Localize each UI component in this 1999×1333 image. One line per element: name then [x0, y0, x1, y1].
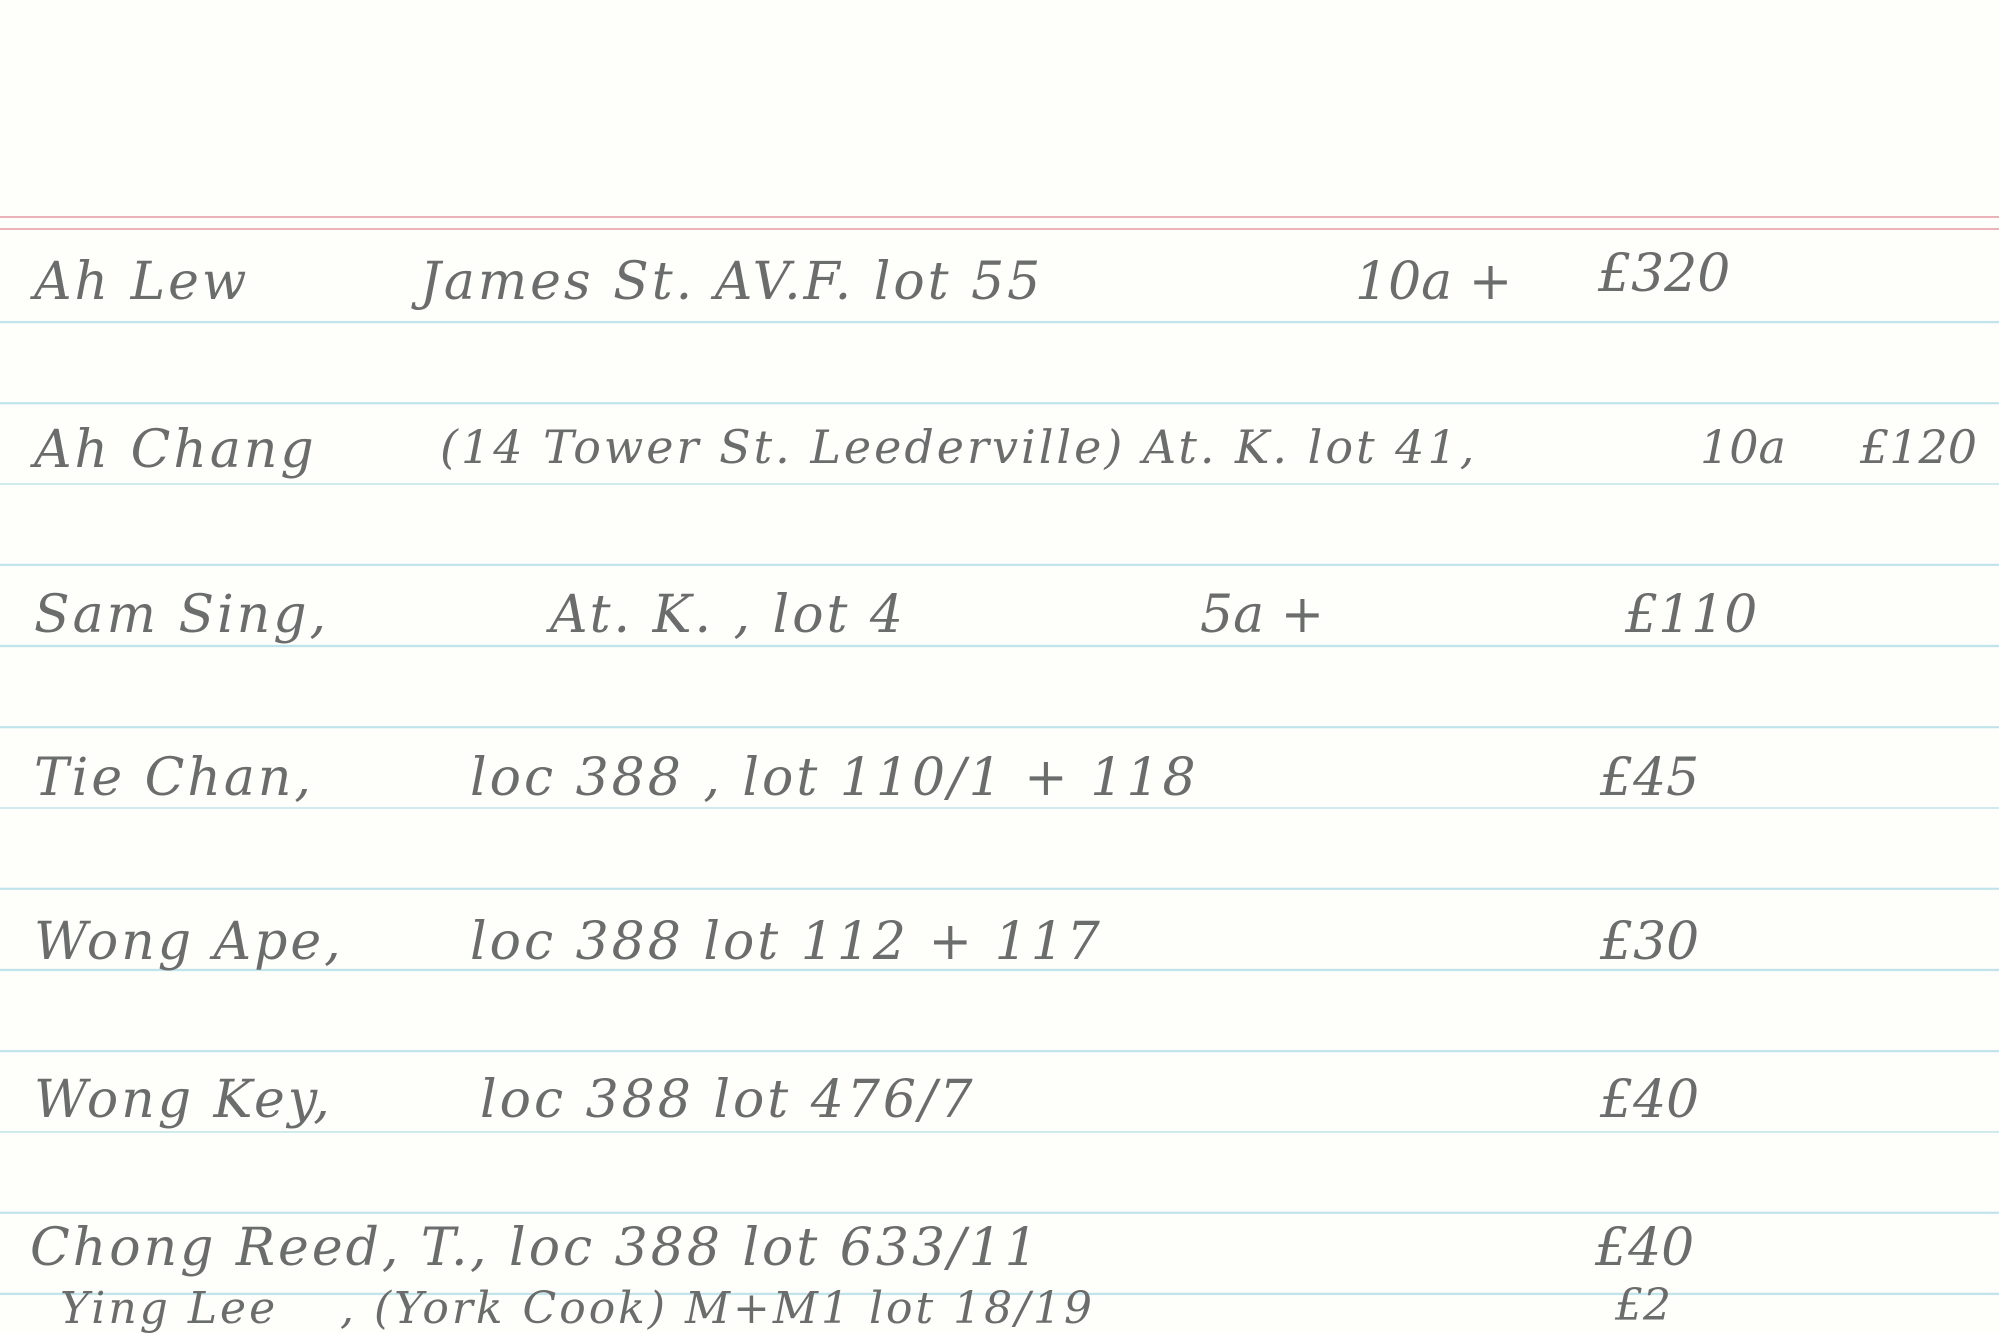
- entry-details: James St. AV.F. lot 55: [420, 252, 1043, 312]
- entry-name: Tie Chan,: [34, 748, 314, 808]
- entry-name: Wong Ape,: [34, 912, 344, 972]
- entry-name: Ying Lee: [60, 1283, 278, 1333]
- entry-amount: £40: [1600, 1070, 1699, 1130]
- entry-name: Ah Lew: [34, 252, 249, 312]
- header-rule-top: [0, 216, 1999, 218]
- entry-amount: £120: [1860, 420, 1977, 474]
- entry-details: (14 Tower St. Leederville) At. K. lot 41…: [440, 420, 1477, 474]
- entry-details: loc 388 lot 476/7: [480, 1070, 976, 1130]
- entry-details: , (York Cook) M+M1 lot 18/19: [340, 1283, 1095, 1333]
- entry-amount: £320: [1598, 244, 1730, 304]
- entry-name: Wong Key,: [34, 1070, 333, 1130]
- entry-amount: £110: [1625, 585, 1757, 645]
- entry-amount: £2: [1615, 1280, 1671, 1331]
- entry-details: loc 388 lot 112 + 117: [470, 912, 1103, 972]
- entry-details: loc 388 , lot 110/1 + 118: [470, 748, 1199, 808]
- entry-details: , loc 388 lot 633/11: [470, 1218, 1041, 1278]
- index-card: Ah Lew James St. AV.F. lot 55 10a + £320…: [0, 0, 1999, 1333]
- entry-amount: £45: [1600, 748, 1699, 808]
- entry-name: Ah Chang: [34, 420, 317, 480]
- entry-amount: £30: [1600, 912, 1699, 972]
- entry-area: 5a +: [1200, 585, 1324, 645]
- entry-details: At. K. , lot 4: [550, 585, 906, 645]
- entry-name: Sam Sing,: [34, 585, 329, 645]
- entry-area: 10a +: [1355, 252, 1512, 312]
- entry-amount: £40: [1595, 1218, 1694, 1278]
- entry-name: Chong Reed, T.: [30, 1218, 471, 1278]
- entry-area: 10a: [1700, 420, 1786, 474]
